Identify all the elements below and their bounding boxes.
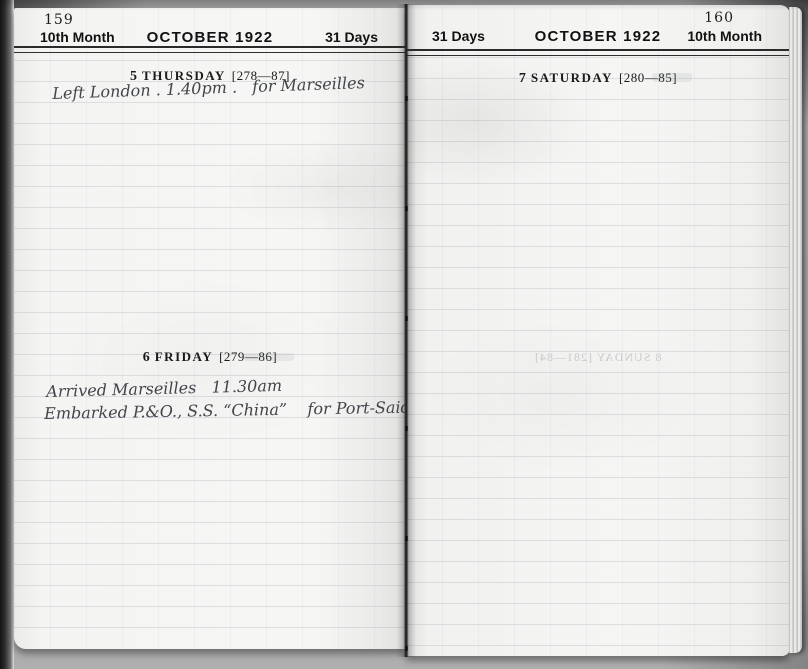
stacked-page-edges	[789, 7, 802, 653]
header-divider-rule	[14, 46, 406, 53]
day-header-saturday: 7SATURDAY[280—85]	[406, 70, 790, 87]
vertical-grid-lines	[406, 5, 790, 656]
vertical-grid-lines	[14, 8, 406, 649]
header-days-count: 31 Days	[432, 28, 485, 44]
book-cover-edge	[0, 0, 14, 669]
handwritten-entry-friday-line1: Arrived Marseilles 11.30am	[46, 376, 282, 401]
diary-page-right: 160 31 Days OCTOBER 1922 10th Month 7SAT…	[406, 5, 790, 656]
day-number: 6	[143, 350, 150, 365]
day-number: 7	[519, 71, 526, 86]
header-days-count: 31 Days	[325, 29, 378, 45]
day-header-friday: 6FRIDAY[279—86]	[14, 349, 406, 366]
day-of-year-count: [280—85]	[619, 70, 677, 85]
day-name: FRIDAY	[155, 349, 213, 364]
diary-page-left: 159 10th Month OCTOBER 1922 31 Days 5THU…	[14, 8, 406, 649]
scanned-diary-spread: 159 10th Month OCTOBER 1922 31 Days 5THU…	[0, 0, 808, 669]
page-header: 10th Month OCTOBER 1922 31 Days	[14, 29, 406, 47]
header-month-ordinal: 10th Month	[687, 28, 762, 44]
page-header: 31 Days OCTOBER 1922 10th Month	[406, 28, 790, 46]
handwritten-entry-friday-line2: Embarked P.&O., S.S. “China” for Port-Sa…	[44, 398, 416, 423]
header-month-ordinal: 10th Month	[40, 29, 115, 45]
day-of-year-count: [279—86]	[219, 349, 277, 364]
header-month-year: OCTOBER 1922	[147, 29, 274, 46]
page-number: 159	[44, 12, 74, 28]
bleed-through-text: 8 SUNDAY [281—84]	[534, 350, 661, 365]
header-month-year: OCTOBER 1922	[535, 28, 662, 45]
page-number: 160	[704, 10, 734, 26]
day-name: SATURDAY	[531, 70, 613, 85]
header-divider-rule	[406, 49, 790, 56]
